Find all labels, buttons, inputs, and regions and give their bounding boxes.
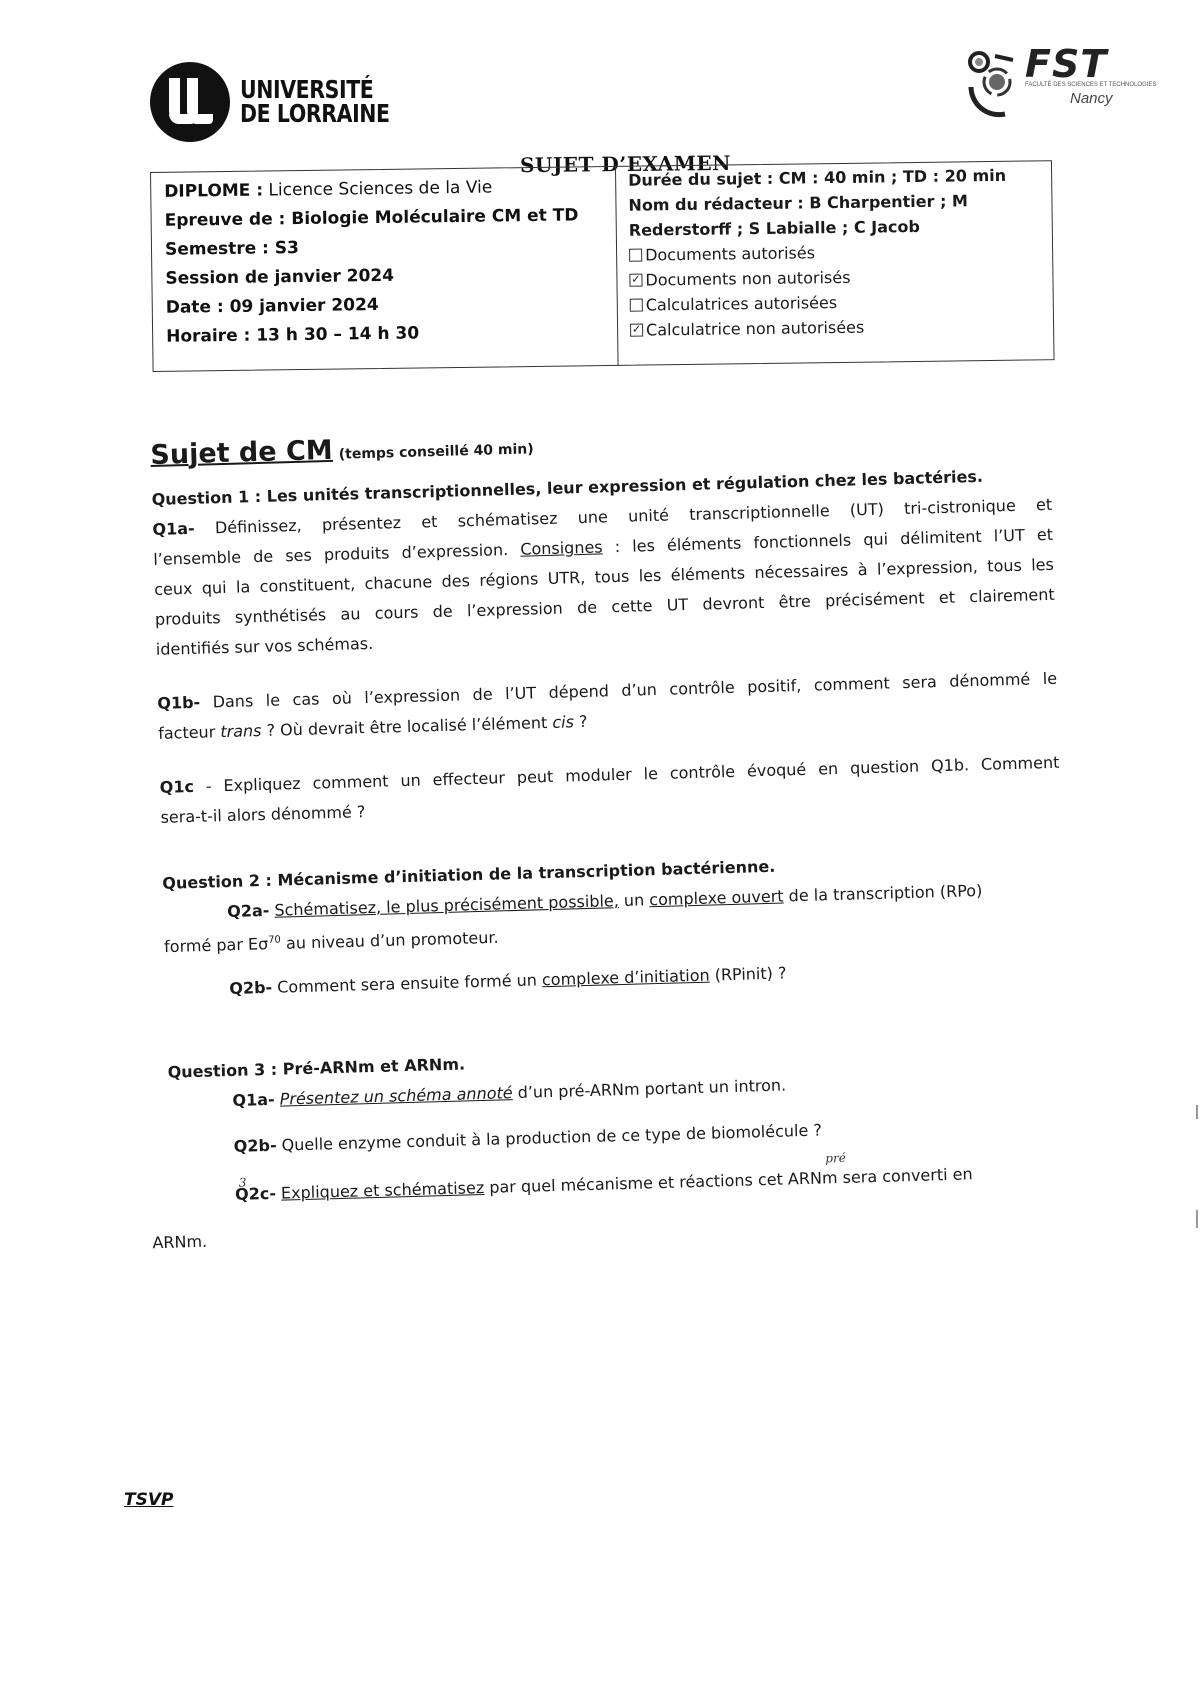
checked-box-icon: ✓: [630, 324, 643, 337]
unchecked-box-icon: [629, 249, 642, 262]
fst-title: FST: [1025, 42, 1107, 86]
scan-edge-mark: [1196, 1210, 1198, 1228]
fst-nancy-logo: FST FACULTÉ DES SCIENCES ET TECHNOLOGIES…: [965, 42, 1135, 122]
section-time-hint: (temps conseillé 40 min): [339, 441, 534, 462]
unchecked-box-icon: [630, 299, 643, 312]
university-name: UNIVERSITÉ DE LORRAINE: [240, 78, 390, 126]
epreuve-line: Epreuve de : Biologie Moléculaire CM et …: [164, 201, 578, 235]
scan-edge-mark: [1196, 1105, 1198, 1119]
exam-info-box: DIPLOME : Licence Sciences de la Vie Epr…: [150, 160, 1055, 372]
exam-page: UNIVERSITÉ DE LORRAINE FST FACULTÉ DES S…: [0, 0, 1200, 1685]
exam-info-left: DIPLOME : Licence Sciences de la Vie Epr…: [164, 172, 580, 351]
fst-subtitle: FACULTÉ DES SCIENCES ET TECHNOLOGIES: [1025, 82, 1156, 88]
horaire-line: Horaire : 13 h 30 – 14 h 30: [166, 317, 580, 351]
exam-content: Sujet de CM(temps conseillé 40 min) Ques…: [150, 415, 1072, 1258]
duration-line: Durée du sujet : CM : 40 min ; TD : 20 m…: [628, 162, 1038, 192]
handwritten-insert: pré: [825, 1143, 846, 1174]
handwritten-number: 3: [238, 1168, 246, 1198]
checked-box-icon: ✓: [629, 274, 642, 287]
fst-city: Nancy: [1070, 90, 1113, 107]
ul-logo-icon: [150, 62, 230, 142]
fst-gear-icon: [965, 42, 1025, 122]
exam-info-right: Durée du sujet : CM : 40 min ; TD : 20 m…: [628, 162, 1040, 342]
universite-de-lorraine-logo: UNIVERSITÉ DE LORRAINE: [150, 62, 422, 142]
tsvp-footer: TSVP: [124, 1490, 173, 1510]
